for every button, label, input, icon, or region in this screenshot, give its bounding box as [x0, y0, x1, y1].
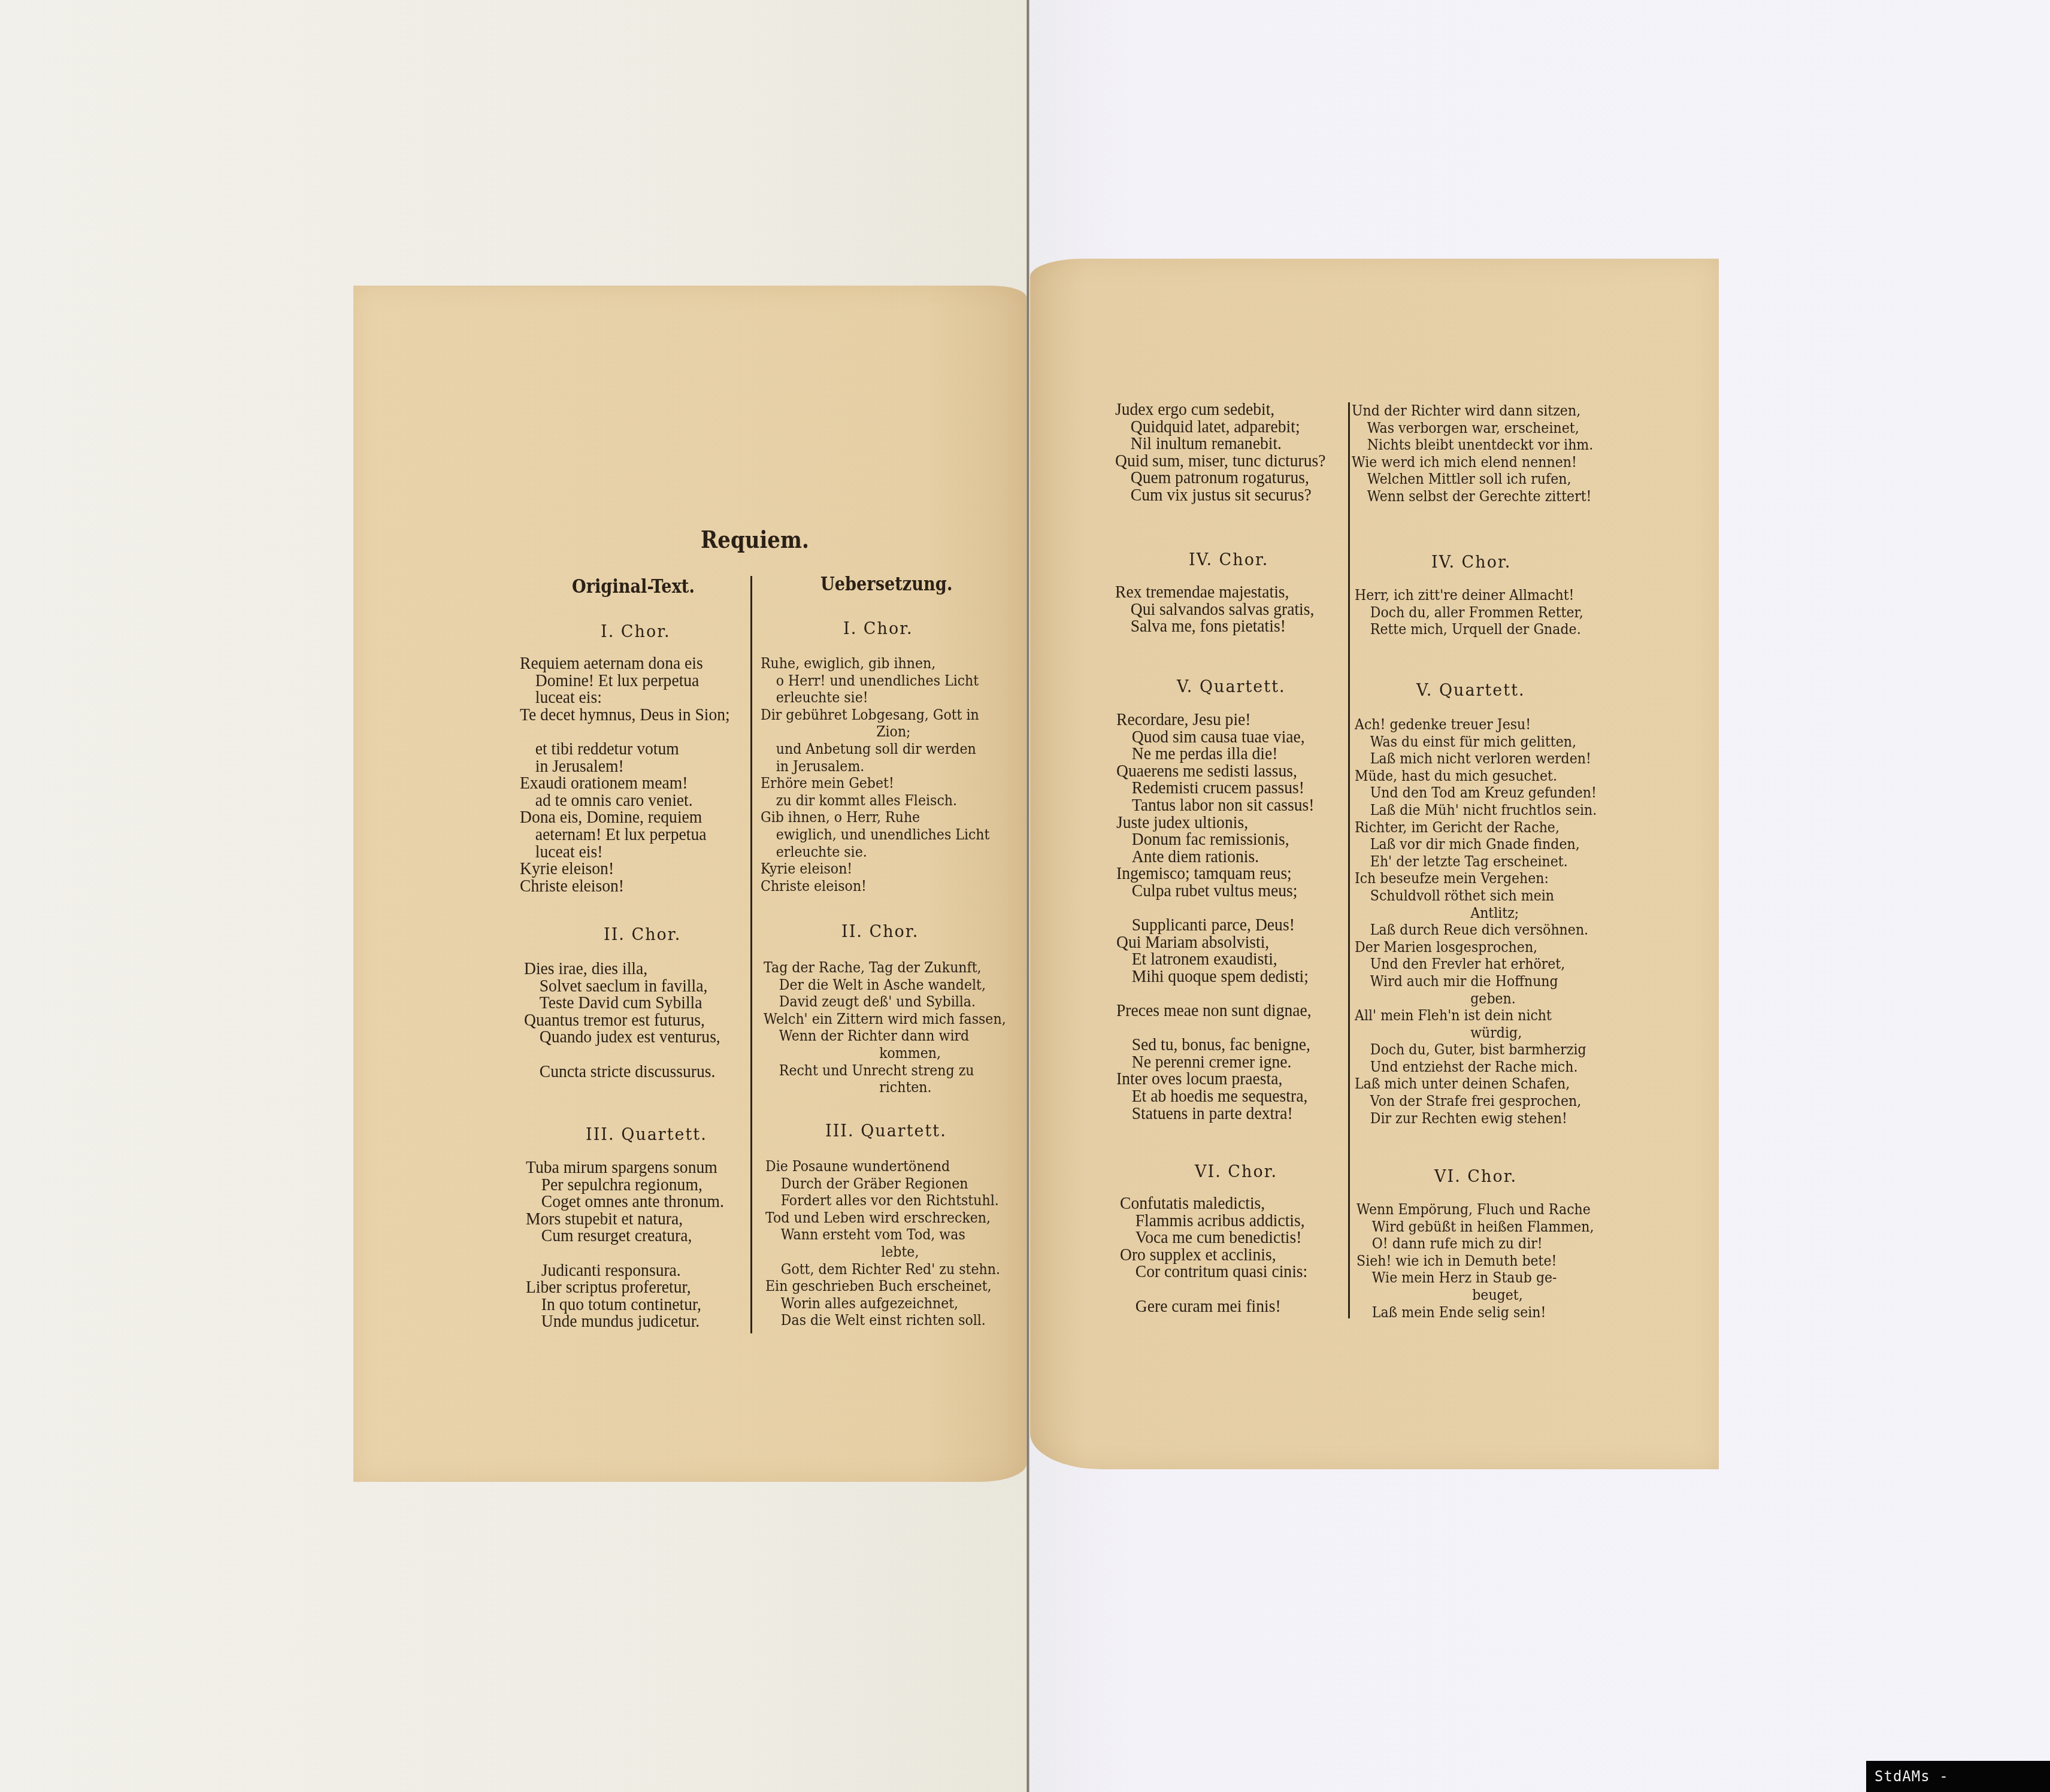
- verse-line: Qui Mariam absolvisti,: [1116, 934, 1314, 951]
- section-heading-latin: II. Chor.: [604, 926, 681, 944]
- verse-line: Oro supplex et acclinis,: [1120, 1247, 1307, 1264]
- verse-line: Erhöre mein Gebet!: [761, 775, 989, 792]
- section-heading-german: V. Quartett.: [1416, 681, 1525, 700]
- verse-line: Wenn Empörung, Fluch und Rache: [1356, 1201, 1594, 1218]
- verse-line: Cum vix justus sit securus?: [1115, 487, 1326, 504]
- verse-line: [526, 1245, 724, 1262]
- latin-block: Confutatis maledictis,Flammis acribus ad…: [1120, 1195, 1307, 1315]
- section-heading-german: II. Chor.: [841, 923, 919, 941]
- verse-line: in Jerusalem.: [761, 758, 989, 775]
- verse-line: Sieh! wie ich in Demuth bete!: [1356, 1253, 1594, 1270]
- verse-line: Juste judex ultionis,: [1116, 814, 1314, 832]
- verse-line: Richter, im Gericht der Rache,: [1355, 819, 1597, 836]
- latin-block: Judex ergo cum sedebit,Quidquid latet, a…: [1115, 401, 1326, 504]
- verse-line: Cuncta stricte discussurus.: [524, 1063, 720, 1081]
- verse-line: Ich beseufze mein Vergehen:: [1355, 870, 1597, 887]
- verse-line: Ne me perdas illa die!: [1116, 745, 1314, 763]
- verse-line: o Herr! und unendliches Licht: [761, 672, 989, 690]
- verse-line: Kyrie eleison!: [520, 860, 730, 878]
- german-block: Tag der Rache, Tag der Zukunft,Der die W…: [764, 959, 1006, 1096]
- verse-line: Worin alles aufgezeichnet,: [765, 1295, 1000, 1312]
- verse-line: Judex ergo cum sedebit,: [1115, 401, 1326, 419]
- verse-line: Mors stupebit et natura,: [526, 1211, 724, 1228]
- verse-line: richten.: [764, 1079, 1006, 1096]
- left-column-divider: [750, 576, 752, 1333]
- verse-line: Laß durch Reue dich versöhnen.: [1355, 921, 1597, 939]
- verse-line: Schuldvoll röthet sich mein: [1355, 887, 1597, 905]
- verse-line: erleuchte sie!: [761, 689, 989, 707]
- verse-line: Dir zur Rechten ewig stehen!: [1355, 1110, 1597, 1127]
- verse-line: Ne perenni cremer igne.: [1116, 1054, 1314, 1071]
- german-block: Ach! gedenke treuer Jesu!Was du einst fü…: [1355, 716, 1597, 1127]
- section-heading-german: I. Chor.: [843, 620, 913, 638]
- verse-line: Unde mundus judicetur.: [526, 1313, 724, 1330]
- verse-line: Und entziehst der Rache mich.: [1355, 1059, 1597, 1076]
- verse-line: O! dann rufe mich zu dir!: [1356, 1235, 1594, 1253]
- verse-line: Confutatis maledictis,: [1120, 1195, 1307, 1212]
- verse-line: Ingemisco; tamquam reus;: [1116, 865, 1314, 883]
- latin-block: Recordare, Jesu pie!Quod sim causa tuae …: [1116, 711, 1314, 1122]
- verse-line: Nichts bleibt unentdeckt vor ihm.: [1352, 436, 1593, 454]
- verse-line: Welchen Mittler soll ich rufen,: [1352, 471, 1593, 488]
- verse-line: Kyrie eleison!: [761, 860, 989, 878]
- verse-line: Judicanti responsura.: [526, 1262, 724, 1279]
- verse-line: Der Marien losgesprochen,: [1355, 939, 1597, 956]
- verse-line: Laß vor dir mich Gnade finden,: [1355, 836, 1597, 853]
- verse-line: Das die Welt einst richten soll.: [765, 1312, 1000, 1329]
- verse-line: lebte,: [765, 1244, 1000, 1261]
- verse-line: Flammis acribus addictis,: [1120, 1212, 1307, 1230]
- verse-line: Rette mich, Urquell der Gnade.: [1355, 621, 1583, 638]
- verse-line: zu dir kommt alles Fleisch.: [761, 792, 989, 809]
- verse-line: Wenn selbst der Gerechte zittert!: [1352, 488, 1593, 505]
- verse-line: Dona eis, Domine, requiem: [520, 809, 730, 826]
- verse-line: Wenn der Richter dann wird: [764, 1027, 1006, 1045]
- verse-line: Gott, dem Richter Red' zu stehn.: [765, 1261, 1000, 1278]
- verse-line: Eh' der letzte Tag erscheinet.: [1355, 853, 1597, 871]
- section-heading-latin: I. Chor.: [601, 623, 671, 641]
- verse-line: [1120, 1281, 1307, 1298]
- verse-line: Christe eleison!: [520, 878, 730, 895]
- verse-line: Teste David cum Sybilla: [524, 994, 720, 1012]
- verse-line: ad te omnis caro veniet.: [520, 792, 730, 809]
- section-heading-german: IV. Chor.: [1431, 553, 1511, 572]
- verse-line: Et latronem exaudisti,: [1116, 951, 1314, 968]
- german-block: Wenn Empörung, Fluch und RacheWird gebüß…: [1356, 1201, 1594, 1321]
- verse-line: Quidquid latet, adparebit;: [1115, 419, 1326, 436]
- verse-line: Tantus labor non sit cassus!: [1116, 797, 1314, 814]
- verse-line: Mihi quoque spem dedisti;: [1116, 968, 1314, 986]
- verse-line: Laß mich unter deinen Schafen,: [1355, 1075, 1597, 1093]
- verse-line: Was du einst für mich gelitten,: [1355, 733, 1597, 751]
- verse-line: Salva me, fons pietatis!: [1115, 618, 1314, 635]
- verse-line: [1116, 986, 1314, 1003]
- verse-line: Laß mein Ende selig sein!: [1356, 1304, 1594, 1321]
- verse-line: Requiem aeternam dona eis: [520, 655, 730, 672]
- section-heading-latin: V. Quartett.: [1177, 678, 1286, 696]
- verse-line: in Jerusalem!: [520, 758, 730, 775]
- verse-line: Und der Richter wird dann sitzen,: [1352, 402, 1593, 420]
- verse-line: Exaudi orationem meam!: [520, 775, 730, 792]
- verse-line: geben.: [1355, 990, 1597, 1008]
- verse-line: Inter oves locum praesta,: [1116, 1071, 1314, 1088]
- column-header-original: Original-Text.: [572, 575, 695, 598]
- verse-line: Qui salvandos salvas gratis,: [1115, 601, 1314, 618]
- verse-line: erleuchte sie.: [761, 844, 989, 861]
- verse-line: Gib ihnen, o Herr, Ruhe: [761, 809, 989, 826]
- verse-line: Domine! Et lux perpetua: [520, 672, 730, 690]
- verse-line: Dir gebühret Lobgesang, Gott in: [761, 707, 989, 724]
- section-heading-german: VI. Chor.: [1434, 1168, 1517, 1186]
- latin-block: Rex tremendae majestatis,Qui salvandos s…: [1115, 584, 1314, 635]
- verse-line: Sed tu, bonus, fac benigne,: [1116, 1036, 1314, 1054]
- verse-line: All' mein Fleh'n ist dein nicht: [1355, 1007, 1597, 1024]
- verse-line: Fordert alles vor den Richtstuhl.: [765, 1192, 1000, 1209]
- verse-line: Was verborgen war, erscheinet,: [1352, 420, 1593, 437]
- scan-label: StdAMs - MV_004_220: [1866, 1761, 2050, 1792]
- verse-line: In quo totum continetur,: [526, 1296, 724, 1314]
- verse-line: Doch du, aller Frommen Retter,: [1355, 604, 1583, 621]
- verse-line: Coget omnes ante thronum.: [526, 1193, 724, 1211]
- verse-line: Donum fac remissionis,: [1116, 831, 1314, 848]
- verse-line: Et ab hoedis me sequestra,: [1116, 1088, 1314, 1105]
- verse-line: Wird auch mir die Hoffnung: [1355, 973, 1597, 990]
- verse-line: Redemisti crucem passus!: [1116, 780, 1314, 797]
- verse-line: Die Posaune wundertönend: [765, 1158, 1000, 1175]
- verse-line: Wie werd ich mich elend nennen!: [1352, 454, 1593, 471]
- verse-line: Ach! gedenke treuer Jesu!: [1355, 716, 1597, 733]
- verse-line: würdig,: [1355, 1024, 1597, 1042]
- book-gutter: [1026, 0, 1029, 1792]
- verse-line: Von der Strafe frei gesprochen,: [1355, 1093, 1597, 1110]
- verse-line: [524, 1046, 720, 1063]
- verse-line: Recht und Unrecht streng zu: [764, 1062, 1006, 1080]
- german-block: Die Posaune wundertönendDurch der Gräber…: [765, 1158, 1000, 1329]
- verse-line: [520, 723, 730, 741]
- verse-line: Solvet saeclum in favilla,: [524, 978, 720, 995]
- verse-line: Cum resurget creatura,: [526, 1227, 724, 1245]
- verse-line: Laß mich nicht verloren werden!: [1355, 750, 1597, 768]
- latin-block: Dies irae, dies illa,Solvet saeclum in f…: [524, 960, 720, 1080]
- verse-line: Antlitz;: [1355, 905, 1597, 922]
- column-header-translation: Uebersetzung.: [820, 572, 952, 595]
- verse-line: David zeugt deß' und Sybilla.: [764, 993, 1006, 1011]
- verse-line: Wann ersteht vom Tod, was: [765, 1226, 1000, 1244]
- german-block: Herr, ich zitt're deiner Allmacht!Doch d…: [1355, 587, 1583, 638]
- right-column-divider: [1348, 402, 1350, 1318]
- verse-line: ewiglich, und unendliches Licht: [761, 826, 989, 844]
- verse-line: Culpa rubet vultus meus;: [1116, 883, 1314, 900]
- verse-line: Quando judex est venturus,: [524, 1029, 720, 1046]
- verse-line: Recordare, Jesu pie!: [1116, 711, 1314, 729]
- verse-line: Dies irae, dies illa,: [524, 960, 720, 978]
- verse-line: Tuba mirum spargens sonum: [526, 1159, 724, 1177]
- verse-line: Ein geschrieben Buch erscheinet,: [765, 1278, 1000, 1295]
- verse-line: Tag der Rache, Tag der Zukunft,: [764, 959, 1006, 977]
- verse-line: Quem patronum rogaturus,: [1115, 469, 1326, 487]
- verse-line: Christe eleison!: [761, 878, 989, 895]
- verse-line: Wird gebüßt in heißen Flammen,: [1356, 1218, 1594, 1236]
- verse-line: Preces meae non sunt dignae,: [1116, 1002, 1314, 1020]
- verse-line: Quod sim causa tuae viae,: [1116, 729, 1314, 746]
- verse-line: Nil inultum remanebit.: [1115, 435, 1326, 453]
- section-heading-latin: VI. Chor.: [1195, 1163, 1277, 1181]
- verse-line: Quantus tremor est futurus,: [524, 1012, 720, 1029]
- verse-line: Per sepulchra regionum,: [526, 1177, 724, 1194]
- latin-block: Requiem aeternam dona eisDomine! Et lux …: [520, 655, 730, 895]
- section-heading-latin: IV. Chor.: [1189, 551, 1268, 569]
- verse-line: Doch du, Guter, bist barmherzig: [1355, 1041, 1597, 1059]
- verse-line: Müde, hast du mich gesuchet.: [1355, 768, 1597, 785]
- section-heading-latin: III. Quartett.: [586, 1126, 707, 1144]
- verse-line: Liber scriptus proferetur,: [526, 1279, 724, 1296]
- verse-line: [1116, 1020, 1314, 1037]
- verse-line: Herr, ich zitt're deiner Allmacht!: [1355, 587, 1583, 604]
- verse-line: [1116, 900, 1314, 917]
- verse-line: Welch' ein Zittern wird mich fassen,: [764, 1011, 1006, 1028]
- verse-line: Te decet hymnus, Deus in Sion;: [520, 707, 730, 724]
- verse-line: Wie mein Herz in Staub ge-: [1356, 1269, 1594, 1287]
- section-heading-german: III. Quartett.: [825, 1122, 947, 1141]
- verse-line: Cor contritum quasi cinis:: [1120, 1263, 1307, 1281]
- verse-line: Quaerens me sedisti lassus,: [1116, 763, 1314, 780]
- verse-line: Und den Frevler hat erhöret,: [1355, 956, 1597, 973]
- verse-line: und Anbetung soll dir werden: [761, 741, 989, 758]
- verse-line: Ruhe, ewiglich, gib ihnen,: [761, 655, 989, 672]
- verse-line: Tod und Leben wird erschrecken,: [765, 1209, 1000, 1227]
- verse-line: Statuens in parte dextra!: [1116, 1105, 1314, 1123]
- verse-line: Zion;: [761, 723, 989, 741]
- verse-line: Voca me cum benedictis!: [1120, 1229, 1307, 1247]
- verse-line: beuget,: [1356, 1287, 1594, 1304]
- verse-line: Gere curam mei finis!: [1120, 1298, 1307, 1315]
- verse-line: aeternam! Et lux perpetua: [520, 826, 730, 844]
- verse-line: Quid sum, miser, tunc dicturus?: [1115, 453, 1326, 470]
- verse-line: et tibi reddetur votum: [520, 741, 730, 758]
- verse-line: Der die Welt in Asche wandelt,: [764, 977, 1006, 994]
- page-title: Requiem.: [701, 526, 809, 554]
- verse-line: luceat eis!: [520, 844, 730, 861]
- verse-line: Laß die Müh' nicht fruchtlos sein.: [1355, 802, 1597, 819]
- german-block: Und der Richter wird dann sitzen,Was ver…: [1352, 402, 1593, 505]
- verse-line: Ante diem rationis.: [1116, 848, 1314, 866]
- verse-line: Supplicanti parce, Deus!: [1116, 917, 1314, 934]
- latin-block: Tuba mirum spargens sonumPer sepulchra r…: [526, 1159, 724, 1330]
- verse-line: luceat eis:: [520, 689, 730, 707]
- verse-line: kommen,: [764, 1045, 1006, 1062]
- german-block: Ruhe, ewiglich, gib ihnen,o Herr! und un…: [761, 655, 989, 895]
- verse-line: Und den Tod am Kreuz gefunden!: [1355, 784, 1597, 802]
- verse-line: Durch der Gräber Regionen: [765, 1175, 1000, 1193]
- verse-line: Rex tremendae majestatis,: [1115, 584, 1314, 601]
